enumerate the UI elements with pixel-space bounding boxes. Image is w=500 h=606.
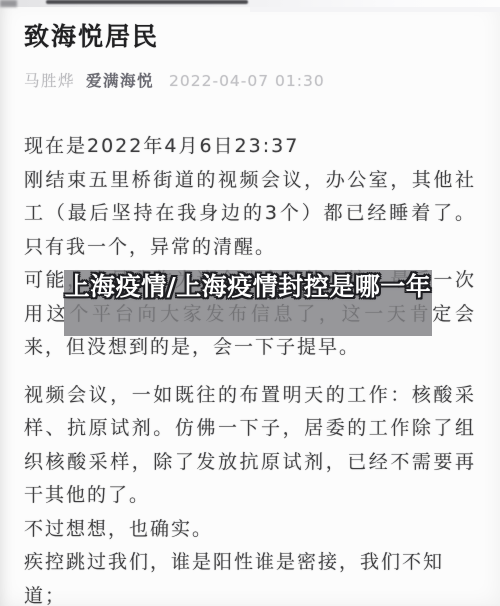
body-line: 只有我一个，异常的清醒。 [24,231,476,265]
publish-datetime: 2022-04-07 01:30 [169,71,325,91]
video-caption-overlay: 上海疫情/上海疫情封控是哪一年 [64,270,432,336]
article-page: 致海悦居民 马胜烨 爱满海悦 2022-04-07 01:30 现在是2022年… [0,0,500,606]
body-line: 织核酸采样，除了发放抗原试剂，已经不需要再 [24,446,476,480]
body-line: 现在是2022年4月6日23:37 [24,130,476,164]
body-line: 视频会议，一如既往的布置明天的工作：核酸采 [24,379,476,413]
byline: 马胜烨 爱满海悦 2022-04-07 01:30 [24,71,476,91]
body-line: 干其他的了。 [24,479,476,513]
body-line: 工（最后坚持在我身边的3个）都已经睡着了。 [24,197,476,231]
paragraph-2: 视频会议，一如既往的布置明天的工作：核酸采 样、抗原试剂。仿佛一下子，居委的工作… [24,379,476,606]
author-name: 马胜烨 [24,71,75,91]
body-line: 道； [24,580,476,606]
page-title: 致海悦居民 [24,0,476,53]
body-line: 不过想想，也确实。 [24,513,476,547]
body-line: 刚结束五里桥街道的视频会议，办公室，其他社 [24,164,476,198]
body-line: 来，但没想到的是，会一下子提早。 [24,331,476,365]
body-line: 样、抗原试剂。仿佛一下子，居委的工作除了组 [24,412,476,446]
body-line: 疾控跳过我们，谁是阳性谁是密接，我们不知 [24,546,476,580]
account-name-link[interactable]: 爱满海悦 [86,71,154,91]
caption-text: 上海疫情/上海疫情封控是哪一年 [64,270,432,303]
